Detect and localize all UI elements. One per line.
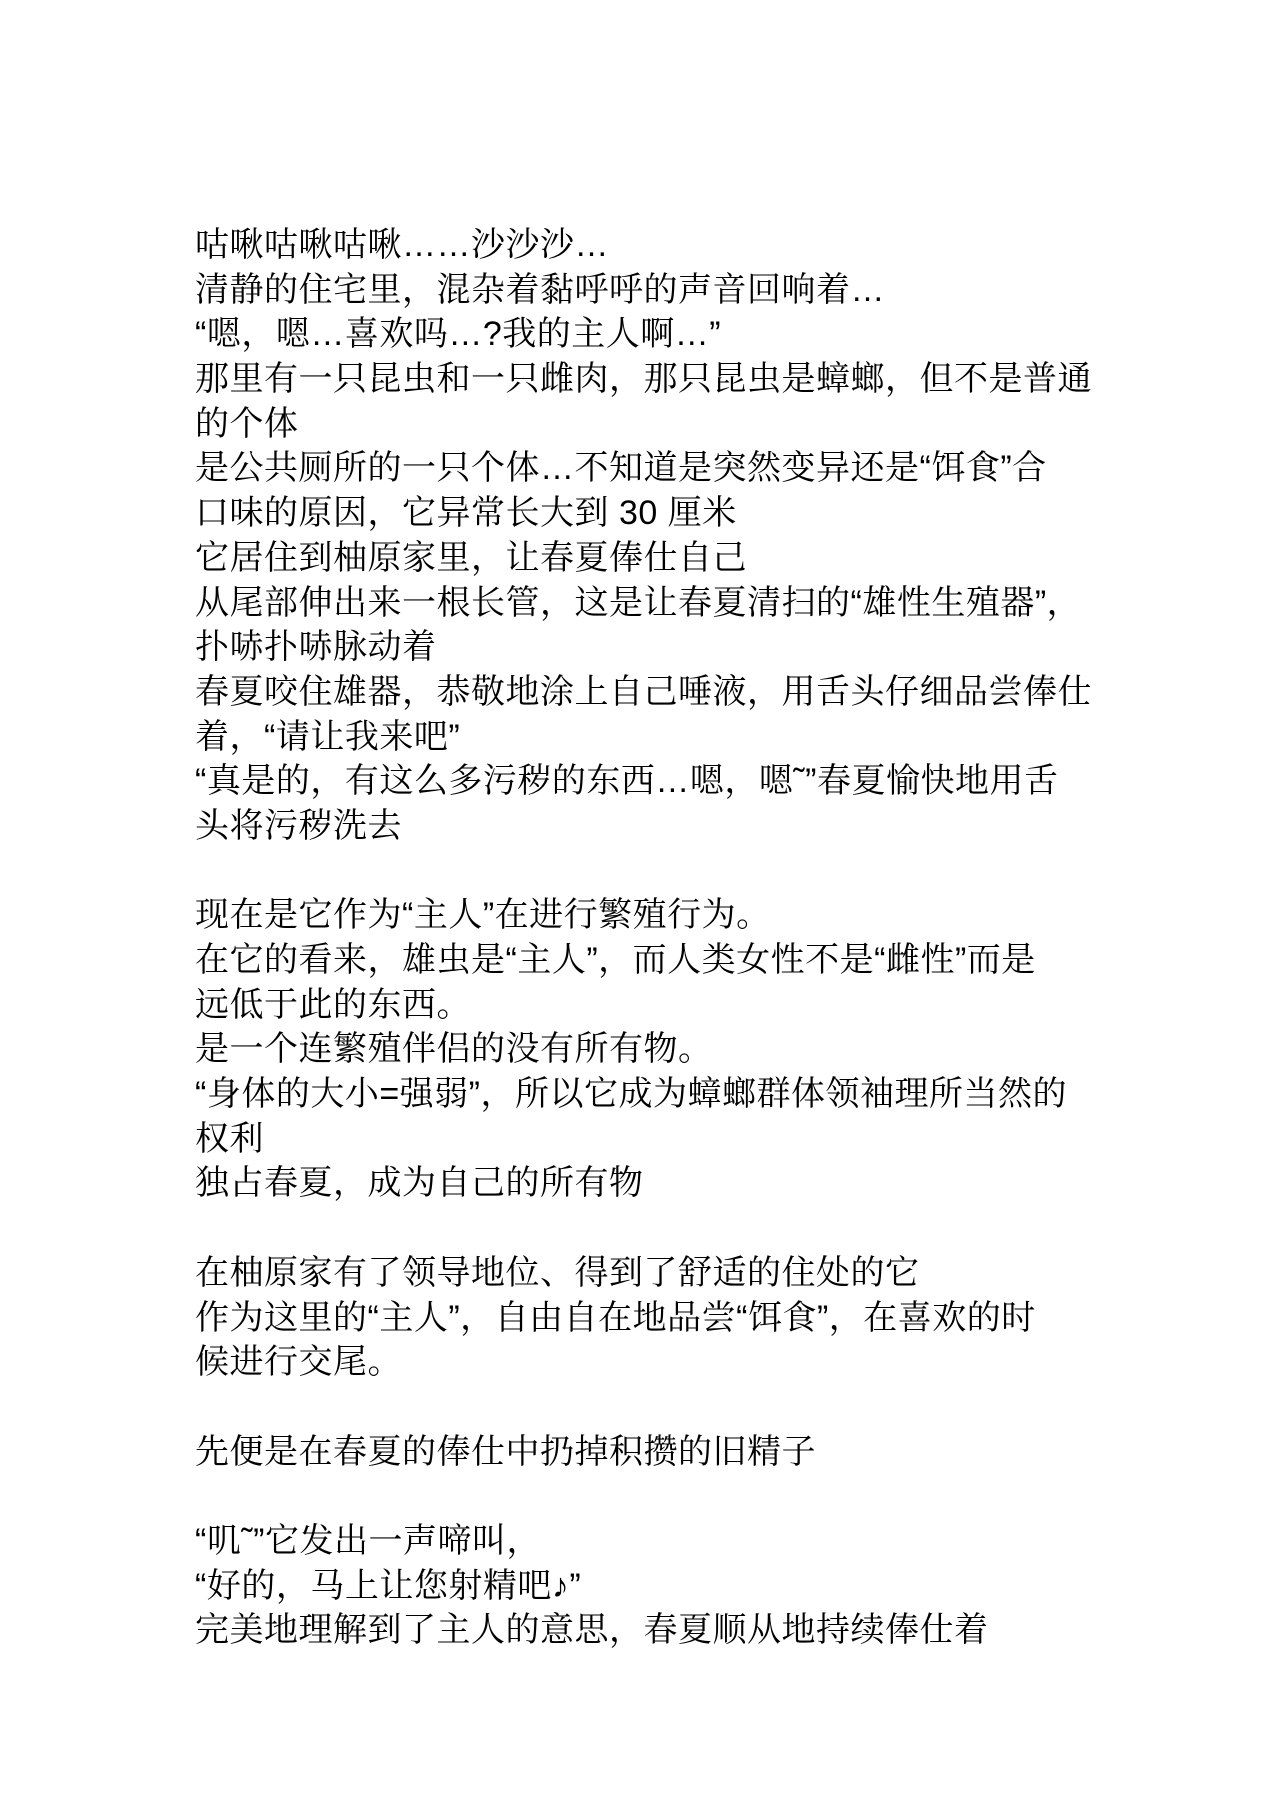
- text-line: “叽˜”它发出一声啼叫，: [195, 1519, 1220, 1564]
- text-line: 是一个连繁殖伴侣的没有所有物。: [195, 1027, 1220, 1072]
- text-line: 权利: [195, 1117, 1220, 1162]
- text-line: 作为这里的“主人”，自由自在地品尝“饵食”，在喜欢的时: [195, 1296, 1220, 1341]
- text-line: “身体的大小=强弱”，所以它成为蟑螂群体领袖理所当然的: [195, 1072, 1220, 1117]
- document-page: 咕啾咕啾咕啾……沙沙沙…清静的住宅里，混杂着黏呼呼的声音回响着…“嗯，嗯…喜欢吗…: [0, 0, 1280, 1811]
- text-line: 扑哧扑哧脉动着: [195, 625, 1220, 670]
- text-line: 先便是在春夏的俸仕中扔掉积攒的旧精子: [195, 1430, 1220, 1475]
- text-line: 候进行交尾。: [195, 1340, 1220, 1385]
- paragraph: 在柚原家有了领导地位、得到了舒适的住处的它作为这里的“主人”，自由自在地品尝“饵…: [195, 1251, 1220, 1385]
- text-line: “真是的，有这么多污秽的东西…嗯，嗯˜”春夏愉快地用舌: [195, 759, 1220, 804]
- text-line: 独占春夏，成为自己的所有物: [195, 1161, 1220, 1206]
- text-line: 咕啾咕啾咕啾……沙沙沙…: [195, 223, 1220, 268]
- text-line: 现在是它作为“主人”在进行繁殖行为。: [195, 893, 1220, 938]
- paragraph: 咕啾咕啾咕啾……沙沙沙…清静的住宅里，混杂着黏呼呼的声音回响着…“嗯，嗯…喜欢吗…: [195, 223, 1220, 849]
- text-line: 在它的看来，雄虫是“主人”，而人类女性不是“雌性”而是: [195, 938, 1220, 983]
- text-line: 的个体: [195, 402, 1220, 447]
- text-line: 在柚原家有了领导地位、得到了舒适的住处的它: [195, 1251, 1220, 1296]
- text-block: 咕啾咕啾咕啾……沙沙沙…清静的住宅里，混杂着黏呼呼的声音回响着…“嗯，嗯…喜欢吗…: [195, 223, 1220, 1653]
- text-line: 春夏咬住雄器，恭敬地涂上自己唾液，用舌头仔细品尝俸仕: [195, 670, 1220, 715]
- text-line: 它居住到柚原家里，让春夏俸仕自己: [195, 536, 1220, 581]
- text-line: “好的，马上让您射精吧♪”: [195, 1564, 1220, 1609]
- text-line: 清静的住宅里，混杂着黏呼呼的声音回响着…: [195, 268, 1220, 313]
- text-line: 远低于此的东西。: [195, 983, 1220, 1028]
- paragraph: “叽˜”它发出一声啼叫，“好的，马上让您射精吧♪”完美地理解到了主人的意思，春夏…: [195, 1519, 1220, 1653]
- text-line: 完美地理解到了主人的意思，春夏顺从地持续俸仕着: [195, 1608, 1220, 1653]
- paragraph: 先便是在春夏的俸仕中扔掉积攒的旧精子: [195, 1430, 1220, 1475]
- text-line: 头将污秽洗去: [195, 804, 1220, 849]
- paragraph: 现在是它作为“主人”在进行繁殖行为。在它的看来，雄虫是“主人”，而人类女性不是“…: [195, 893, 1220, 1206]
- text-line: 那里有一只昆虫和一只雌肉，那只昆虫是蟑螂，但不是普通: [195, 357, 1220, 402]
- text-line: 是公共厕所的一只个体…不知道是突然变异还是“饵食”合: [195, 446, 1220, 491]
- text-line: 着，“请让我来吧”: [195, 715, 1220, 760]
- text-line: 口味的原因，它异常长大到 30 厘米: [195, 491, 1220, 536]
- text-line: 从尾部伸出来一根长管，这是让春夏清扫的“雄性生殖器”，: [195, 581, 1220, 626]
- text-line: “嗯，嗯…喜欢吗…?我的主人啊…”: [195, 312, 1220, 357]
